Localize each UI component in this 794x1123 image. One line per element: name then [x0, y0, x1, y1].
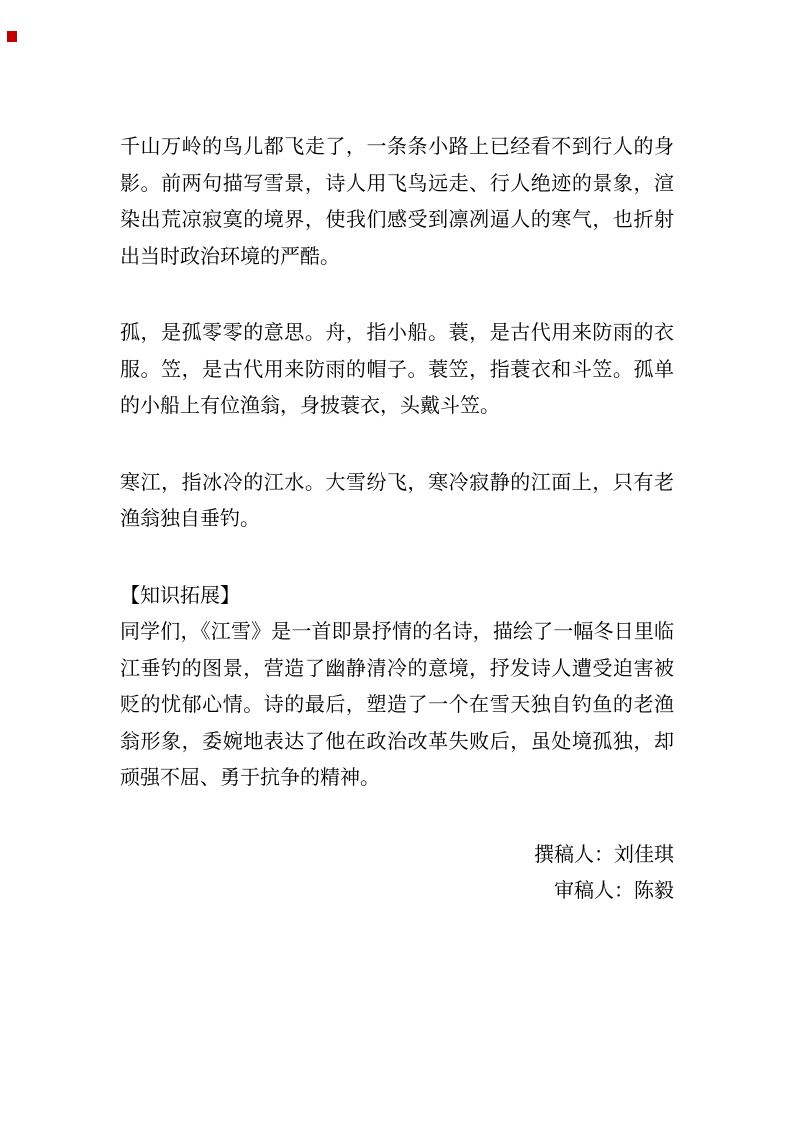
paragraph-knowledge-expansion: 同学们，《江雪》是一首即景抒情的名诗，描绘了一幅冬日里临江垂钓的图景，营造了幽静…	[120, 614, 674, 797]
red-corner-marker	[7, 31, 17, 42]
signature-block: 撰稿人：刘佳琪 审稿人：陈毅	[120, 837, 674, 910]
paragraph-lone-boat-annotation: 孤，是孤零零的意思。舟，指小船。蓑，是古代用来防雨的衣服。笠，是古代用来防雨的帽…	[120, 315, 674, 425]
document-page: 千山万岭的鸟儿都飞走了，一条条小路上已经看不到行人的身影。前两句描写雪景，诗人用…	[0, 0, 794, 1123]
paragraph-cold-river-annotation: 寒江，指冰冷的江水。大雪纷飞，寒冷寂静的江面上，只有老渔翁独自垂钓。	[120, 465, 674, 538]
paragraph-snow-scene-commentary: 千山万岭的鸟儿都飞走了，一条条小路上已经看不到行人的身影。前两句描写雪景，诗人用…	[120, 129, 674, 275]
reviewer-signature-line: 审稿人：陈毅	[120, 873, 674, 910]
document-body: 千山万岭的鸟儿都飞走了，一条条小路上已经看不到行人的身影。前两句描写雪景，诗人用…	[120, 129, 674, 910]
author-signature-line: 撰稿人：刘佳琪	[120, 837, 674, 874]
knowledge-expansion-heading: 【知识拓展】	[120, 578, 674, 615]
